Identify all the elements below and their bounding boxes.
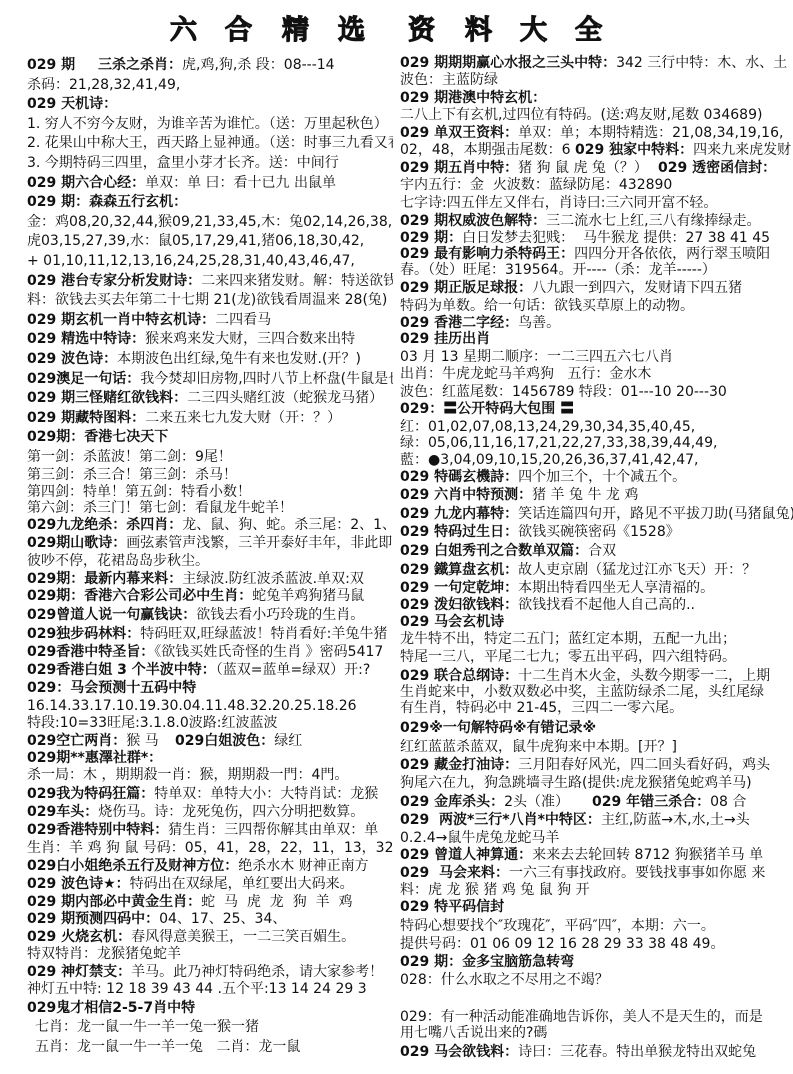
line-label: 029 泼妇欲钱料：	[400, 597, 518, 613]
line-text: 十二生肖木火金，头数今期零一二，上期	[518, 668, 770, 684]
text-line: 029白小姐绝杀五行及财神方位：绝杀水木 财神正南方	[27, 857, 393, 875]
line-text: 鸟善。	[518, 315, 560, 331]
line-label: 029 鐵算盘玄机：	[400, 562, 518, 578]
line-text: 028：什么水取之不尽用之不竭？	[400, 972, 609, 988]
line-label: 三杀之杀肖：	[98, 57, 182, 73]
line-text: 二八上下有玄机,过四位有特码。(送:鸡友财,尾数 034689)	[400, 107, 762, 123]
text-line: 七肖：龙一鼠一牛一羊一兔一猴一猪	[35, 1018, 393, 1036]
line-text: 欲钱去看小巧玲珑的生肖。	[196, 607, 364, 623]
line-text: 特码为单数。给一句话：欲钱买草原上的动物。	[400, 298, 694, 314]
text-line: 029香港特别中特料：猜生肖：三四帮你解其由单双：单	[27, 821, 393, 839]
line-text: 杀码：21,28,32,41,49,	[27, 77, 180, 93]
line-label: 029 一句定乾坤：	[400, 580, 518, 596]
line-label: 029 马会来料：	[400, 865, 509, 881]
text-line: 029 特码过生日：欲钱买碗筷密码《1528》	[400, 523, 793, 541]
text-line: 生肖：羊 鸡 狗 鼠 号码：05，41，28，22，11，13，32	[27, 839, 393, 857]
text-line: 029 期内部必中黄金生肖：蛇 马 虎 龙 狗 羊 鸡	[27, 893, 393, 911]
line-label: 029 期六合心经：	[27, 175, 145, 191]
line-text: 波色：红蓝尾数：1456789 特段：01---10 20---30	[400, 384, 727, 400]
line-text: 波色：主蓝防绿	[400, 72, 498, 88]
text-line: 029 金库杀头：2头（准）029 年错三杀合：08 合	[400, 793, 793, 811]
line-label: 029 期：金多宝脑筋急转弯	[400, 954, 574, 970]
text-line: 029 九龙内幕特：笑话连篇四句开，路见不平拔刀助(马猪鼠兔)	[400, 505, 793, 523]
text-line: 029鬼才相信2-5-7肖中特	[27, 999, 393, 1017]
line-text: 猴 马	[126, 733, 158, 749]
text-line: 029 期三杀之杀肖：虎,鸡,狗,杀 段：08---14	[27, 56, 393, 74]
line-label: 029 独家中特料：	[575, 142, 693, 158]
line-label: 029 期：森森五行玄机：	[27, 194, 187, 210]
line-text: 0.2.4→鼠牛虎兔龙蛇马羊	[400, 830, 559, 846]
line-label: 029 藏金打油诗：	[400, 757, 518, 773]
line-text: 2头（准）	[504, 794, 569, 810]
line-label: 029 九龙内幕特：	[400, 506, 518, 522]
line-text: 提供号码：01 06 09 12 16 28 29 33 38 48 49。	[400, 936, 724, 952]
line-text: 诗曰：三花春。特出单猴龙特出双蛇兔	[518, 1044, 756, 1060]
line-label: 029 单双王资料：	[400, 125, 518, 141]
line-text: 四来九来虎发财	[693, 142, 791, 158]
text-line: 029 期六合心经：单双：单 曰：看十已九 出鼠单	[27, 174, 393, 192]
line-text: 彼吵不停，花裙岛岛步秋尘。	[27, 553, 209, 569]
text-line: 二八上下有玄机,过四位有特码。(送:鸡友财,尾数 034689)	[400, 106, 793, 124]
line-text: 用七嘴八舌说出来的?碼	[400, 1025, 547, 1041]
text-line: 特码为单数。给一句话：欲钱买草原上的动物。	[400, 297, 793, 315]
line-label: 029 期：	[400, 230, 462, 246]
line-text: 欲钱找看不起他人自己高的..	[518, 597, 695, 613]
line-text: 二来五来七九发大财（开：？）	[145, 410, 341, 426]
text-line: 029期**惠澤社群*：	[27, 749, 393, 767]
text-line: 029 期预测四码中：04、17、25、34、	[27, 910, 393, 928]
line-text: 第一剑：杀蓝波！第二剑：9尾！	[27, 449, 232, 465]
line-label: 029 期正版足球报：	[400, 280, 532, 296]
text-line: 029 泼妇欲钱料：欲钱找看不起他人自己高的..	[400, 596, 793, 614]
text-line: 特双特肖：龙猴猪兔蛇羊	[27, 945, 393, 963]
text-line: 029独步码林料：特码旺双,旺绿蓝波！特肖看好:羊兔牛猪	[27, 625, 393, 643]
text-line: 七字诗:四五伴左又伴右，肖诗曰:三六同开富不轻。	[400, 194, 793, 212]
text-line: 16.14.33.17.10.19.30.04.11.48.32.20.25.1…	[27, 697, 393, 715]
text-line: 029我为特码狂篇：特单双：单特大小：大特肖试：龙猴	[27, 785, 393, 803]
line-label: 029 期港澳中特玄机：	[400, 90, 546, 106]
text-line: 029 两波*三行*八肖*中特区：主红,防蓝→木,水,土→头	[400, 811, 793, 829]
line-label: 029鬼才相信2-5-7肖中特	[27, 1000, 195, 1016]
line-text: 四个加三个，十个减五个。	[518, 469, 686, 485]
line-label: 029 天机诗：	[27, 96, 117, 112]
line-text: 有生肖，特码必中 21-45，三四二一零六尾。	[400, 700, 683, 716]
line-label: 029 期三怪赌红欲钱料：	[27, 390, 187, 406]
line-label: 029曾道人说一句赢钱诀：	[27, 607, 196, 623]
line-label: 029 挂历出肖	[400, 331, 490, 347]
line-label: 029空亡两肖：	[27, 733, 126, 749]
text-line: 029：〓公开特码大包围 〓	[400, 400, 793, 418]
title-char: 料	[465, 16, 492, 46]
line-text: 特码心想要找个″玫瑰花″，平码″四″，本期：六一。	[400, 918, 715, 934]
line-text: 笑话连篇四句开，路见不平拔刀助(马猪鼠兔)	[518, 506, 793, 522]
line-text: 料：虎 龙 猴 猪 鸡 兔 鼠 狗 开	[400, 882, 590, 898]
text-line: 金：鸡08,20,32,44,猴09,21,33,45,木：兔02,14,26,…	[27, 213, 393, 231]
line-label: 029 期内部必中黄金生肖：	[27, 894, 201, 910]
text-line: 宇内五行：金 火波数：蓝绿防尾：432890	[400, 176, 793, 194]
line-label: 029 年错三杀合：	[592, 794, 710, 810]
line-text: 二四看马	[215, 312, 271, 328]
line-label: 029香港中特圣旨：	[27, 644, 154, 660]
line-text: 二来四来猪发财。解：特送欲钱	[201, 273, 393, 289]
text-line: 029 特碼玄機詩：四个加三个，十个减五个。	[400, 468, 793, 486]
text-line: 特段:10=33旺尾:3.1.8.0波路:红波蓝波	[27, 714, 393, 732]
text-line: 029 期玄机一肖中特玄机诗：二四看马	[27, 311, 393, 329]
line-label: 029 白姐秀刊之合数单双篇：	[400, 543, 588, 559]
text-line: 波色：主蓝防绿	[400, 71, 793, 89]
text-line: 出肖：牛虎龙蛇马羊鸡狗 五行：金水木	[400, 365, 793, 383]
line-text: 蛇兔羊鸡狗猪马鼠	[252, 588, 364, 604]
line-text: 1. 穷人不穷今友财，为谁辛苦为谁忙。（送：万里起秋色）	[27, 116, 388, 132]
text-line: 绿：05,06,11,16,17,21,22,27,33,38,39,44,49…	[400, 434, 793, 452]
line-text: 单双：单 曰：看十已九 出鼠单	[145, 175, 336, 191]
line-label: 029 波色诗：	[27, 351, 117, 367]
text-line: 029九龙绝杀：杀四肖：龙、鼠、狗、蛇。杀三尾：2、1、4。	[27, 516, 393, 534]
line-label: 029：马会预测十五码中特	[27, 680, 196, 696]
line-text: 08 合	[710, 794, 746, 810]
text-line: 029 期三怪赌红欲钱料：二三四头赌红波（蛇猴龙马猪）	[27, 389, 393, 407]
line-label: 029 最有影响力杀特码王：	[400, 246, 574, 262]
line-text: 特码旺双,旺绿蓝波！特肖看好:羊兔牛猪	[140, 626, 387, 642]
text-line: 029 挂历出肖	[400, 330, 793, 348]
line-label: 029香港白姐 3 个半波中特：	[27, 662, 216, 678]
text-line: 029 单双王资料：单双：单；本期特精选：21,08,34,19,16,	[400, 124, 793, 142]
text-line: + 01,10,11,12,13,16,24,25,28,31,40,43,46…	[27, 252, 393, 270]
line-label: 029独步码林料：	[27, 626, 140, 642]
line-text: 虎03,15,27,39,水：鼠05,17,29,41,猪06,18,30,42…	[27, 233, 364, 249]
line-text: 猪 羊 兔 牛 龙 鸡	[532, 487, 638, 503]
line-text: 欲钱买碗筷密码《1528》	[518, 524, 680, 540]
line-text: 029：有一种活动能准确地告诉你，美人不是天生的，而是	[400, 1009, 763, 1025]
text-line: 特尾一三八，平尾二七九；零五出平码，四六组特码。	[400, 648, 793, 666]
line-label: 029期：香港六合彩公司必中生肖：	[27, 588, 252, 604]
line-label: 029 香港二字经：	[400, 315, 518, 331]
text-line: 029 期期期赢心水报之三头中特：342 三行中特：木、水、土	[400, 54, 793, 72]
text-line: 029 特平码信封	[400, 898, 793, 916]
text-line: 029 期藏特图料：二来五来七九发大财（开：？）	[27, 409, 393, 427]
text-line: 029期：香港七决天下	[27, 428, 393, 446]
line-label: 029 六肖中特预测：	[400, 487, 532, 503]
line-text: 特码出在双绿尾，单红要出大码来。	[130, 876, 354, 892]
line-label: 029 两波*三行*八肖*中特区：	[400, 812, 601, 828]
line-label: 029白小姐绝杀五行及财神方位：	[27, 858, 238, 874]
text-line: 029期山歌诗：画弦素管声浅繁，三羊开泰好丰年，非此即	[27, 534, 393, 552]
line-text: 三月阳春好风光，四二回头看好码，鸡头	[518, 757, 770, 773]
line-label: 029 期期期赢心水报之三头中特：	[400, 55, 616, 71]
line-text: 特单双：单特大小：大特肖试：龙猴	[154, 786, 378, 802]
line-text: 烧伤马。诗：龙死兔伤，四六分明把数算。	[98, 804, 364, 820]
text-line: 特码心想要找个″玫瑰花″，平码″四″，本期：六一。	[400, 917, 793, 935]
line-label: 029 期五肖中特：	[400, 160, 518, 176]
line-text: 绝杀水木 财神正南方	[238, 858, 368, 874]
text-line: 029 曾道人神算通：来来去去轮回转 8712 狗猴猪羊马 单	[400, 846, 793, 864]
text-line: 029曾道人说一句赢钱诀：欲钱去看小巧玲珑的生肖。	[27, 606, 393, 624]
line-text: 本期出特看四坐无人享清福的。	[518, 580, 714, 596]
line-text: 五肖：龙一鼠一牛一羊一兔 二肖：龙一鼠	[35, 1039, 300, 1055]
text-line: 029※一句解特码※有错记录※	[400, 719, 793, 737]
line-text: 猪 狗 鼠 虎 兔（？）	[518, 160, 648, 176]
line-text: 白日发梦去犯贱： 马牛猴龙 提供：27 38 41 45	[462, 230, 770, 246]
line-text: 出肖：牛虎龙蛇马羊鸡狗 五行：金水木	[400, 366, 651, 382]
line-label: 029：〓公开特码大包围 〓	[400, 401, 574, 417]
text-line: 029 期：金多宝脑筋急转弯	[400, 953, 793, 971]
line-text: + 01,10,11,12,13,16,24,25,28,31,40,43,46…	[27, 253, 355, 269]
text-line: 用七嘴八舌说出来的?碼	[400, 1024, 793, 1042]
text-line: 料：虎 龙 猴 猪 鸡 兔 鼠 狗 开	[400, 881, 793, 899]
line-label: 029 精选中特诗：	[27, 331, 145, 347]
text-line: 029 港台专家分析发财诗：二来四来猪发财。解：特送欲钱	[27, 272, 393, 290]
line-label: 029 马会欲钱料：	[400, 1044, 518, 1060]
line-label: 029 期玄机一肖中特玄机诗：	[27, 312, 215, 328]
line-label: 029 期权威波色解特：	[400, 213, 546, 229]
line-text: 特双特肖：龙猴猪兔蛇羊	[27, 946, 181, 962]
line-label: 029期山歌诗：	[27, 535, 126, 551]
line-text: 一六三有事找政府。要钱找事事如你愿 来	[509, 865, 765, 881]
line-text: 绿红	[274, 733, 302, 749]
line-label: 029我为特码狂篇：	[27, 786, 154, 802]
text-line: 有生肖，特码必中 21-45，三四二一零六尾。	[400, 699, 793, 717]
line-label: 029九龙绝杀：杀四肖：	[27, 517, 182, 533]
title-char: 大	[520, 16, 547, 46]
text-line: 提供号码：01 06 09 12 16 28 29 33 38 48 49。	[400, 935, 793, 953]
line-text: 2. 花果山中称大王，西天路上显神通。（送：时事三九看又看）	[27, 135, 393, 151]
line-text: 蛇 马 虎 龙 狗 羊 鸡	[201, 894, 352, 910]
text-line: 虎03,15,27,39,水：鼠05,17,29,41,猪06,18,30,42…	[27, 232, 393, 250]
line-label: 029 金库杀头：	[400, 794, 504, 810]
line-text: 红红蓝蓝杀蓝双，鼠牛虎狗来中本期。[开？]	[400, 739, 677, 755]
text-line: 春。（处）旺尾：319564。开----（杀：龙羊-----）	[400, 261, 793, 279]
text-line: 029 火烧玄机：春风得意美猴王，一二三笑百媚生。	[27, 928, 393, 946]
text-line: 五肖：龙一鼠一牛一羊一兔 二肖：龙一鼠	[35, 1038, 393, 1056]
text-line: 杀一局：木 ，期期殺一肖：猴，期期殺一門：4門。	[27, 766, 393, 784]
line-label: 029 透密函信封：	[658, 160, 776, 176]
line-text: 第三剑：杀三合！第三剑：杀马！	[27, 467, 237, 483]
text-line: 料：欲钱去买去年第二十七期 21(龙)欲钱看周温来 28(兔)	[27, 291, 393, 309]
line-label: 029期**惠澤社群*：	[27, 750, 162, 766]
text-line: 第一剑：杀蓝波！第二剑：9尾！	[27, 448, 393, 466]
line-text: 04、17、25、34、	[159, 911, 286, 927]
line-text: 特段:10=33旺尾:3.1.8.0波路:红波蓝波	[27, 715, 278, 731]
line-text: 藍：●3,04,09,10,15,20,26,36,37,41,42,47,	[400, 452, 698, 468]
line-label: 029期：香港七决天下	[27, 429, 168, 445]
line-text: 主绿波.防红波杀蓝波.单双:双	[182, 571, 364, 587]
line-text: 我今焚却旧房物,四时八节上杯盘(牛鼠是也)	[140, 371, 393, 387]
text-line: 029 期港澳中特玄机：	[400, 89, 793, 107]
text-line: 杀码：21,28,32,41,49,	[27, 76, 393, 94]
line-label: 029香港特别中特料：	[27, 822, 168, 838]
text-line: 029 期：森森五行玄机：	[27, 193, 393, 211]
text-line: 02，48，本期强击尾数：6 029 独家中特料：四来九来虎发财	[400, 141, 793, 159]
line-text: 八九跟一到四六，发财请下四五猪	[532, 280, 742, 296]
line-label: 029 波色诗★：	[27, 876, 130, 892]
line-label: 029 特平码信封	[400, 899, 504, 915]
line-text: 故人吏京剧（猛龙过江亦飞天）开：？	[518, 562, 756, 578]
line-label: 029澳足一句话：	[27, 371, 140, 387]
text-line: 波色：红蓝尾数：1456789 特段：01---10 20---30	[400, 383, 793, 401]
text-line: 3. 今期特码三四里，盒里小芽才长齐。送：中间行	[27, 154, 393, 172]
line-text: 金：鸡08,20,32,44,猴09,21,33,45,木：兔02,14,26,…	[27, 214, 392, 230]
text-line: 029 期五肖中特：猪 狗 鼠 虎 兔（？）029 透密函信封：	[400, 159, 793, 177]
text-line: 029澳足一句话：我今焚却旧房物,四时八节上杯盘(牛鼠是也)	[27, 370, 393, 388]
line-text: 合双	[588, 543, 616, 559]
title-char: 精	[282, 16, 309, 46]
line-text: 绿：05,06,11,16,17,21,22,27,33,38,39,44,49…	[400, 435, 717, 451]
line-text: 《欲钱买姓氏奇怪的生肖 》密码5417	[154, 644, 383, 660]
title-char: 合	[225, 16, 252, 46]
text-line: 029香港中特圣旨：《欲钱买姓氏奇怪的生肖 》密码5417	[27, 643, 393, 661]
line-label: 029 港台专家分析发财诗：	[27, 273, 201, 289]
line-text: 龙牛特不出，特定二五门；蓝红定本期，五配一九出；	[400, 631, 736, 647]
line-text: 生肖蛇来中，小数双数必中奖，主蓝防绿杀二尾，头红尾绿	[400, 684, 764, 700]
line-text: 羊马。此乃神灯特码绝杀，请大家参考！	[131, 964, 383, 980]
line-text: 杀一局：木 ，期期殺一肖：猴，期期殺一門：4門。	[27, 767, 348, 783]
text-line: 龙牛特不出，特定二五门；蓝红定本期，五配一九出；	[400, 630, 793, 648]
line-text: 本期波色出红绿,兔牛有来也发财.(开？)	[117, 351, 361, 367]
text-line: 029 波色诗★：特码出在双绿尾，单红要出大码来。	[27, 875, 393, 893]
text-line: 029 马会欲钱料：诗曰：三花春。特出单猴龙特出双蛇兔	[400, 1043, 793, 1061]
text-line: 029 期正版足球报：八九跟一到四六，发财请下四五猪	[400, 279, 793, 297]
line-text: 第六剑：杀三门！第七剑：看鼠龙牛蛇羊！	[27, 500, 293, 516]
line-text: 主红,防蓝→木,水,土→头	[601, 812, 750, 828]
title-char: 选	[338, 16, 365, 46]
line-text: 春。（处）旺尾：319564。开----（杀：龙羊-----）	[400, 262, 716, 278]
text-line: 第三剑：杀三合！第三剑：杀马！	[27, 466, 393, 484]
text-line: 0.2.4→鼠牛虎兔龙蛇马羊	[400, 829, 793, 847]
text-line: 029香港白姐 3 个半波中特：（蓝双=蓝单=绿双）开:?	[27, 661, 393, 679]
line-text: 16.14.33.17.10.19.30.04.11.48.32.20.25.1…	[27, 698, 357, 714]
text-line: 029 一句定乾坤：本期出特看四坐无人享清福的。	[400, 579, 793, 597]
title-char: 全	[575, 16, 602, 46]
line-text: 3. 今期特码三四里，盒里小芽才长齐。送：中间行	[27, 155, 339, 171]
line-label: 029 曾道人神算通：	[400, 847, 532, 863]
line-label: 029 期预测四码中：	[27, 911, 159, 927]
text-line: 第六剑：杀三门！第七剑：看鼠龙牛蛇羊！	[27, 499, 393, 517]
line-text: （蓝双=蓝单=绿双）开:?	[216, 662, 371, 678]
line-text: 生肖：羊 鸡 狗 鼠 号码：05，41，28，22，11，13，32	[27, 840, 393, 856]
line-text: 四四分开各依依，两行翠玉喷阳	[574, 246, 770, 262]
text-line: 029 马会来料：一六三有事找政府。要钱找事事如你愿 来	[400, 864, 793, 882]
text-line: 029 天机诗：	[27, 95, 393, 113]
line-text: 狗尾六在九，狗急跳墙寻生路(提供:虎龙猴猪兔蛇鸡羊马)	[400, 775, 752, 791]
text-line: 029 鐵算盘玄机：故人吏京剧（猛龙过江亦飞天）开：？	[400, 561, 793, 579]
line-text: 单双：单；本期特精选：21,08,34,19,16,	[518, 125, 783, 141]
line-text: 料：欲钱去买去年第二十七期 21(龙)欲钱看周温来 28(兔)	[27, 292, 387, 308]
text-line: 029空亡两肖：猴 马029白姐波色：绿红	[27, 732, 393, 750]
line-text: 来来去去轮回转 8712 狗猴猪羊马 单	[532, 847, 763, 863]
text-line: 狗尾六在九，狗急跳墙寻生路(提供:虎龙猴猪兔蛇鸡羊马)	[400, 774, 793, 792]
text-line: 029 神灯禁支：羊马。此乃神灯特码绝杀，请大家参考！	[27, 963, 393, 981]
line-text: 02，48，本期强击尾数：6	[400, 142, 575, 158]
line-text: 二三四头赌红波（蛇猴龙马猪）	[187, 390, 383, 406]
text-line: 1. 穷人不穷今友财，为谁辛苦为谁忙。（送：万里起秋色）	[27, 115, 393, 133]
line-label: 029 特碼玄機詩：	[400, 469, 518, 485]
line-text: 春风得意美猴王，一二三笑百媚生。	[131, 929, 355, 945]
text-line: 029：马会预测十五码中特	[27, 679, 393, 697]
text-line: 029 精选中特诗：猴来鸡来发大财，三四合数来出特	[27, 330, 393, 348]
title-char: 资	[408, 16, 435, 46]
text-line: 028：什么水取之不尽用之不竭？	[400, 971, 793, 989]
line-text: 特尾一三八，平尾二七九；零五出平码，四六组特码。	[400, 649, 736, 665]
line-text: 猴来鸡来发大财，三四合数来出特	[145, 331, 355, 347]
text-line: 029期：最新内幕来料：主绿波.防红波杀蓝波.单双:双	[27, 570, 393, 588]
line-text: 红：01,02,07,08,13,24,29,30,34,35,40,45,	[400, 419, 695, 435]
line-label: 029 联合总纲诗：	[400, 668, 518, 684]
line-text: 三二流水七上红,三八有缘捧绿走。	[546, 213, 760, 229]
line-text: 03 月 13 星期二顺序：一二三四五六七八肖	[400, 349, 673, 365]
text-line: 彼吵不停，花裙岛岛步秋尘。	[27, 552, 393, 570]
line-label: 029 神灯禁支：	[27, 964, 131, 980]
line-label: 029期：最新内幕来料：	[27, 571, 182, 587]
line-text: 神灯五中特: 12 18 39 43 44 .五个平:13 14 24 29 3	[27, 981, 367, 997]
text-line: 029 藏金打油诗：三月阳春好风光，四二回头看好码，鸡头	[400, 756, 793, 774]
text-line: 029 六肖中特预测：猪 羊 兔 牛 龙 鸡	[400, 486, 793, 504]
line-label: 029车头：	[27, 804, 98, 820]
line-text: 虎,鸡,狗,杀 段：08---14	[182, 57, 335, 73]
text-line: 红红蓝蓝杀蓝双，鼠牛虎狗来中本期。[开？]	[400, 738, 793, 756]
text-line: 03 月 13 星期二顺序：一二三四五六七八肖	[400, 348, 793, 366]
title-char: 六	[170, 16, 197, 46]
text-line: 029车头：烧伤马。诗：龙死兔伤，四六分明把数算。	[27, 803, 393, 821]
text-line: 藍：●3,04,09,10,15,20,26,36,37,41,42,47,	[400, 451, 793, 469]
line-label: 029白姐波色：	[175, 733, 274, 749]
line-text: 七字诗:四五伴左又伴右，肖诗曰:三六同开富不轻。	[400, 195, 717, 211]
line-label: 029※一句解特码※有错记录※	[400, 720, 596, 736]
line-text: 342 三行中特：木、水、土	[616, 55, 787, 71]
line-label: 029 期藏特图料：	[27, 410, 145, 426]
line-text: 第四剑：特单！第五剑：特看小数！	[27, 484, 251, 500]
text-line: 029 马会玄机诗	[400, 613, 793, 631]
line-label: 029 特码过生日：	[400, 524, 518, 540]
line-text: 猜生肖：三四帮你解其由单双：单	[168, 822, 378, 838]
text-line: 029 波色诗：本期波色出红绿,兔牛有来也发财.(开？)	[27, 350, 393, 368]
text-line: 2. 花果山中称大王，西天路上显神通。（送：时事三九看又看）	[27, 134, 393, 152]
text-line: 029 白姐秀刊之合数单双篇：合双	[400, 542, 793, 560]
text-line: 029期：香港六合彩公司必中生肖：蛇兔羊鸡狗猪马鼠	[27, 587, 393, 605]
line-label: 029 期	[27, 57, 75, 73]
line-text: 宇内五行：金 火波数：蓝绿防尾：432890	[400, 177, 672, 193]
line-text: 龙、鼠、狗、蛇。杀三尾：2、1、4。	[182, 517, 393, 533]
line-text: 画弦素管声浅繁，三羊开泰好丰年，非此即	[126, 535, 392, 551]
text-line: 029 期权威波色解特：三二流水七上红,三八有缘捧绿走。	[400, 212, 793, 230]
line-text: 七肖：龙一鼠一牛一羊一兔一猴一猪	[35, 1019, 259, 1035]
line-label: 029 火烧玄机：	[27, 929, 131, 945]
line-label: 029 马会玄机诗	[400, 614, 504, 630]
text-line: 神灯五中特: 12 18 39 43 44 .五个平:13 14 24 29 3	[27, 980, 393, 998]
